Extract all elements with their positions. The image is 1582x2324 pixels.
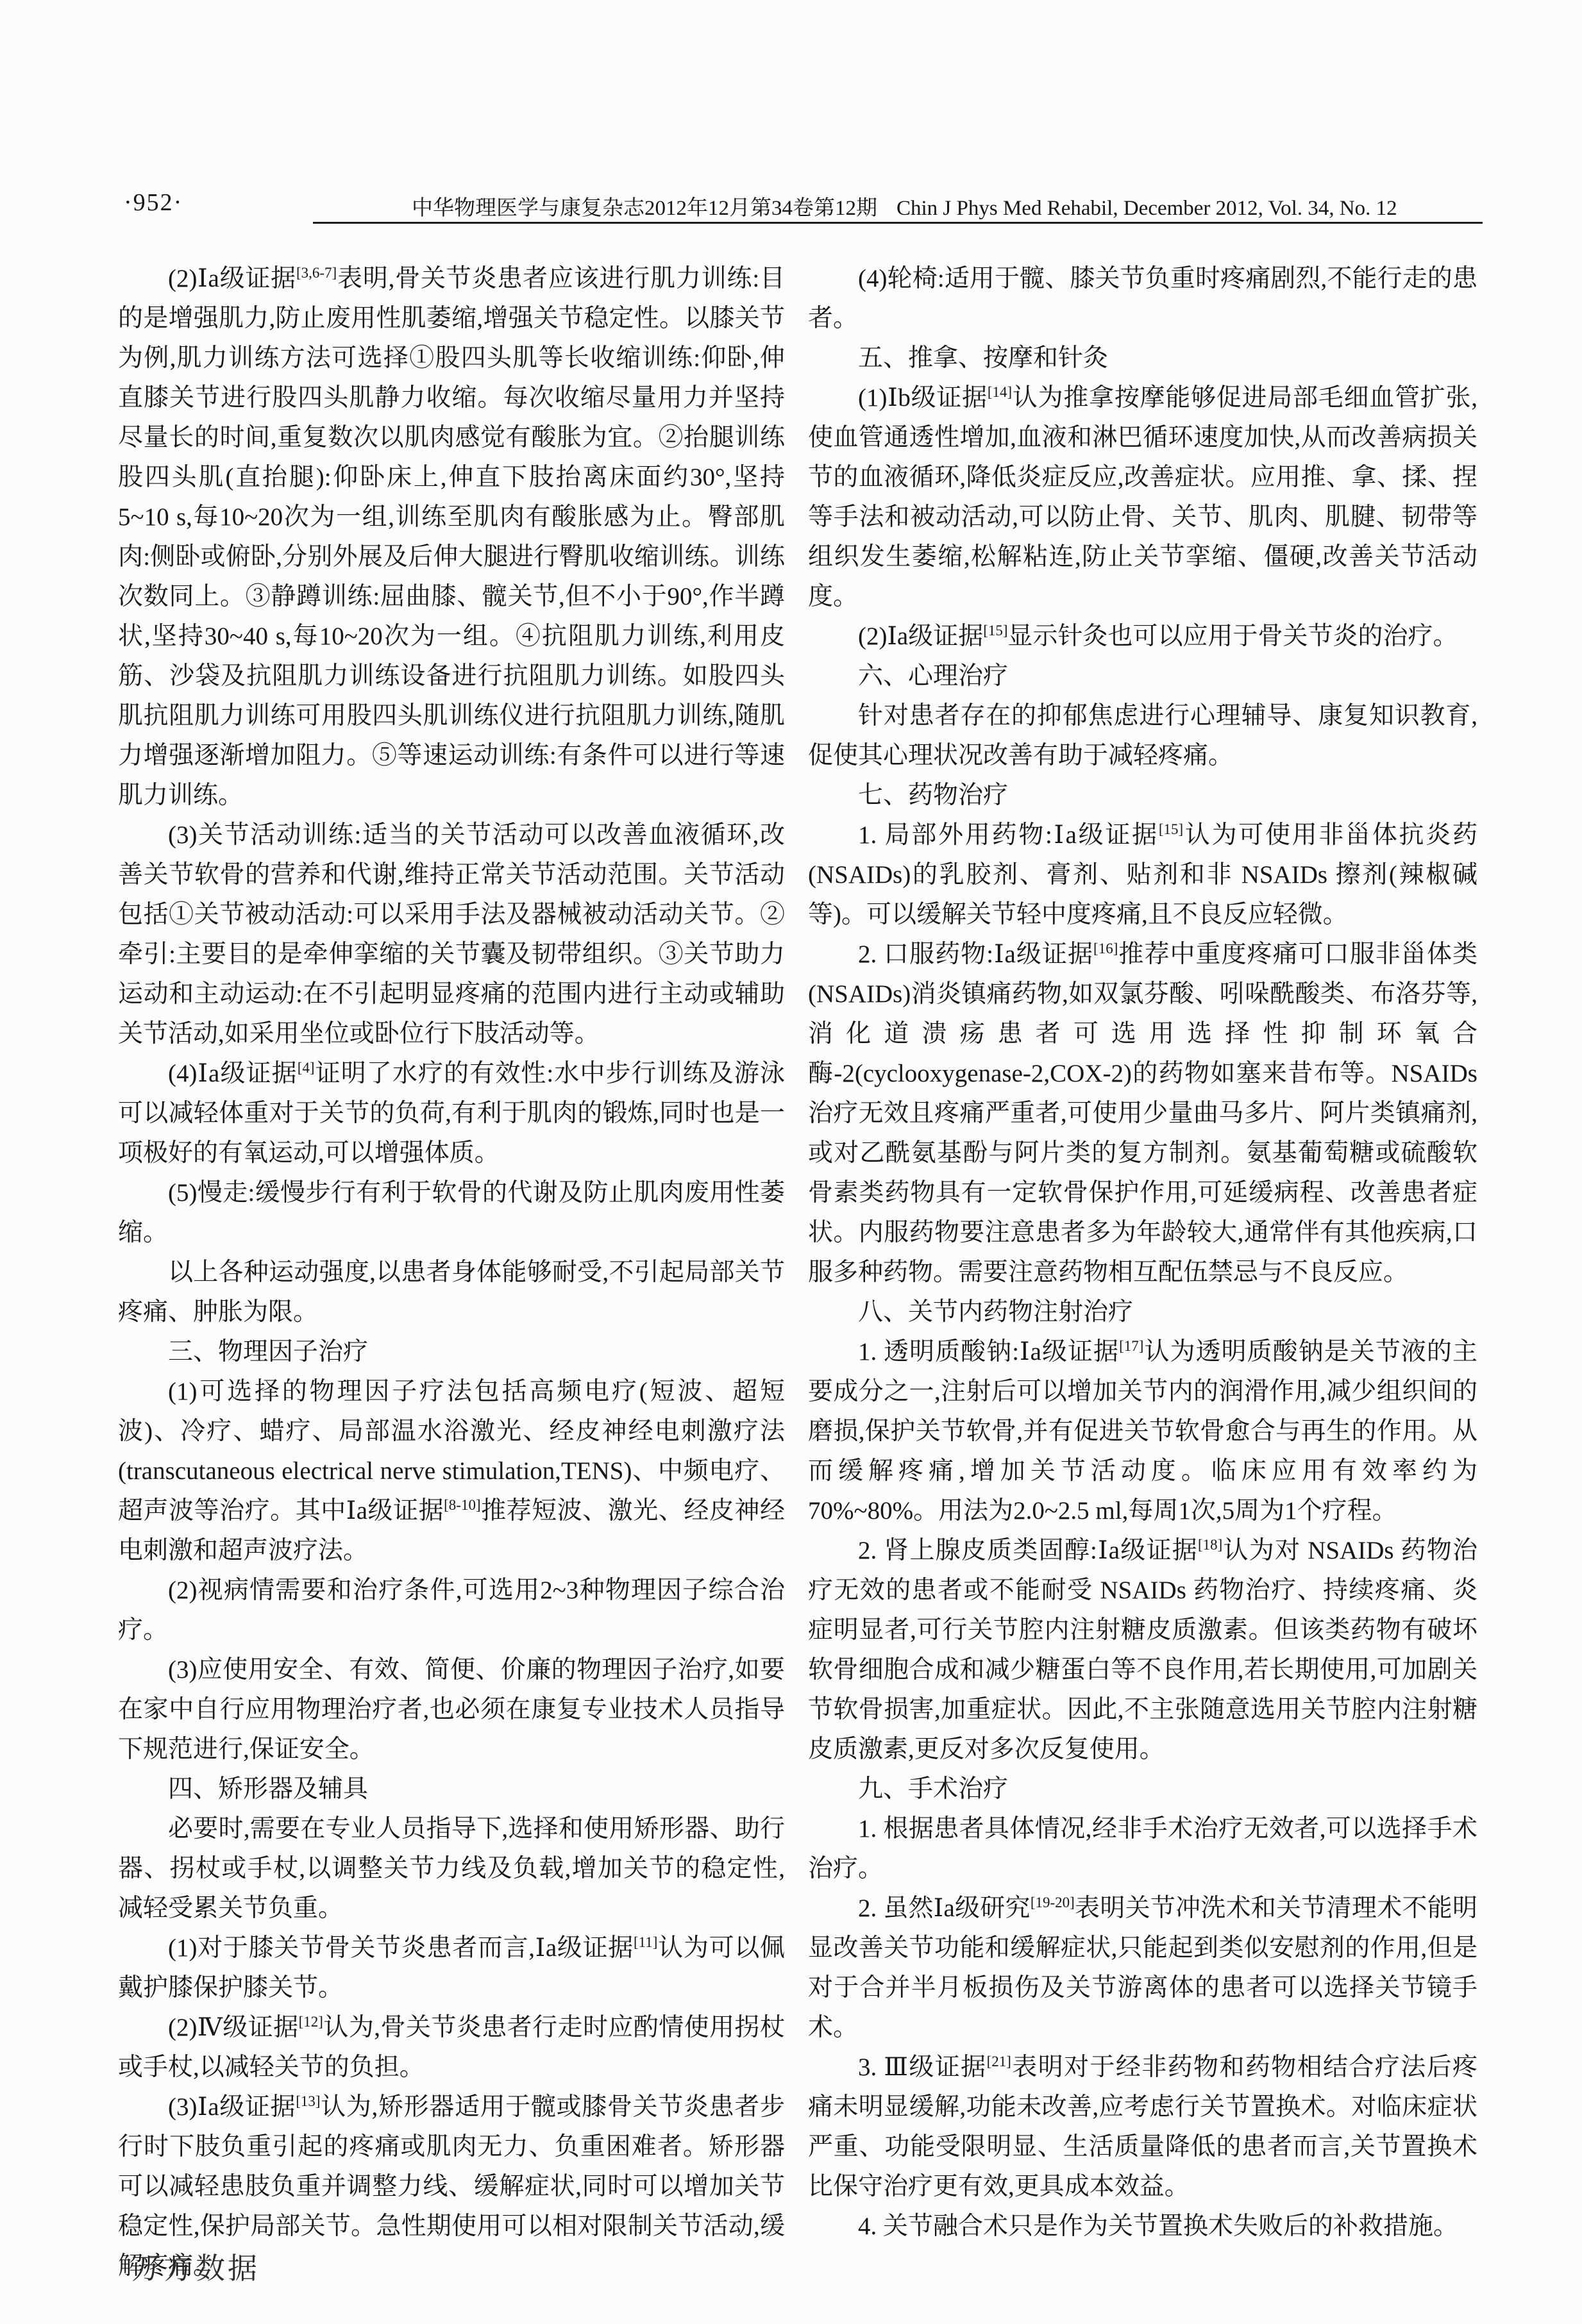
paragraph: (2)视病情需要和治疗条件,可选用2~3种物理因子综合治疗。 <box>118 1571 785 1650</box>
journal-title-line: 中华物理医学与康复杂志2012年12月第34卷第12期Chin J Phys M… <box>412 191 1397 221</box>
reference-superscript: [19-20] <box>1031 1894 1075 1910</box>
paragraph: (3)关节活动训练:适当的关节活动可以改善血液循环,改善关节软骨的营养和代谢,维… <box>118 815 785 1054</box>
section-heading: 七、药物治疗 <box>808 776 1477 815</box>
paragraph: 2. 虽然Ⅰa级研究[19-20]表明关节冲洗术和关节清理术不能明显改善关节功能… <box>808 1889 1477 2048</box>
section-heading: 五、推拿、按摩和针灸 <box>808 339 1477 378</box>
reference-superscript: [3,6-7] <box>296 265 337 281</box>
journal-page: ·952· 中华物理医学与康复杂志2012年12月第34卷第12期Chin J … <box>0 0 1582 2324</box>
reference-superscript: [8-10] <box>444 1497 480 1513</box>
paragraph: 2. 口服药物:Ⅰa级证据[16]推荐中重度疼痛可口服非甾体类(NSAIDs)消… <box>808 935 1477 1292</box>
reference-superscript: [17] <box>1119 1338 1143 1354</box>
section-heading: 六、心理治疗 <box>808 656 1477 696</box>
reference-superscript: [15] <box>1159 821 1183 837</box>
reference-superscript: [14] <box>988 384 1012 400</box>
paragraph: (2)Ⅰa级证据[3,6-7]表明,骨关节炎患者应该进行肌力训练:目的是增强肌力… <box>118 259 785 815</box>
paragraph: (5)慢走:缓慢步行有利于软骨的代谢及防止肌肉废用性萎缩。 <box>118 1173 785 1253</box>
reference-superscript: [13] <box>296 2093 320 2109</box>
reference-superscript: [16] <box>1093 940 1118 957</box>
page-header: ·952· 中华物理医学与康复杂志2012年12月第34卷第12期Chin J … <box>0 187 1582 226</box>
paragraph: 2. 肾上腺皮质类固醇:Ⅰa级证据[18]认为对 NSAIDs 药物治疗无效的患… <box>808 1531 1477 1769</box>
section-heading: 三、物理因子治疗 <box>118 1332 785 1372</box>
section-heading: 四、矫形器及辅具 <box>118 1769 785 1809</box>
right-text-column: (4)轮椅:适用于髋、膝关节负重时疼痛剧烈,不能行走的患者。五、推拿、按摩和针灸… <box>808 259 1477 2246</box>
reference-superscript: [11] <box>634 1934 657 1950</box>
paragraph: 1. 根据患者具体情况,经非手术治疗无效者,可以选择手术治疗。 <box>808 1809 1477 1889</box>
header-divider <box>313 222 1483 224</box>
paragraph: (1)对于膝关节骨关节炎患者而言,Ⅰa级证据[11]认为可以佩戴护膝保护膝关节。 <box>118 1928 785 2008</box>
reference-superscript: [15] <box>983 623 1007 639</box>
paragraph: (4)轮椅:适用于髋、膝关节负重时疼痛剧烈,不能行走的患者。 <box>808 259 1477 339</box>
paragraph: 以上各种运动强度,以患者身体能够耐受,不引起局部关节疼痛、肿胀为限。 <box>118 1253 785 1332</box>
reference-superscript: [18] <box>1198 1537 1222 1553</box>
paragraph: (1)可选择的物理因子疗法包括高频电疗(短波、超短波)、冷疗、蜡疗、局部温水浴激… <box>118 1372 785 1571</box>
section-heading: 九、手术治疗 <box>808 1769 1477 1809</box>
page-number: ·952· <box>124 188 183 217</box>
paragraph: (2)Ⅰa级证据[15]显示针灸也可以应用于骨关节炎的治疗。 <box>808 617 1477 656</box>
reference-superscript: [21] <box>987 2053 1011 2069</box>
paragraph: (4)Ⅰa级证据[4]证明了水疗的有效性:水中步行训练及游泳可以减轻体重对于关节… <box>118 1054 785 1173</box>
reference-superscript: [12] <box>299 2014 323 2030</box>
journal-title-en: Chin J Phys Med Rehabil, December 2012, … <box>896 197 1397 220</box>
paragraph: 4. 关节融合术只是作为关节置换术失败后的补救措施。 <box>808 2207 1477 2246</box>
paragraph: 1. 透明质酸钠:Ⅰa级证据[17]认为透明质酸钠是关节液的主要成分之一,注射后… <box>808 1332 1477 1531</box>
paragraph: (2)Ⅳ级证据[12]认为,骨关节炎患者行走时应酌情使用拐杖或手杖,以减轻关节的… <box>118 2008 785 2087</box>
paragraph: 必要时,需要在专业人员指导下,选择和使用矫形器、助行器、拐杖或手杖,以调整关节力… <box>118 1809 785 1928</box>
paragraph: 1. 局部外用药物:Ⅰa级证据[15]认为可使用非甾体抗炎药(NSAIDs)的乳… <box>808 815 1477 935</box>
paragraph: (1)Ⅰb级证据[14]认为推拿按摩能够促进局部毛细血管扩张,使血管通透性增加,… <box>808 378 1477 617</box>
wanfang-watermark: 万方数据 <box>131 2245 260 2287</box>
paragraph: (3)应使用安全、有效、简便、价廉的物理因子治疗,如要在家中自行应用物理治疗者,… <box>118 1650 785 1769</box>
left-text-column: (2)Ⅰa级证据[3,6-7]表明,骨关节炎患者应该进行肌力训练:目的是增强肌力… <box>118 259 785 2286</box>
paragraph: 针对患者存在的抑郁焦虑进行心理辅导、康复知识教育,促使其心理状况改善有助于减轻疼… <box>808 696 1477 776</box>
journal-title-cn: 中华物理医学与康复杂志2012年12月第34卷第12期 <box>412 197 877 220</box>
section-heading: 八、关节内药物注射治疗 <box>808 1292 1477 1332</box>
reference-superscript: [4] <box>298 1060 315 1076</box>
paragraph: 3. Ⅲ级证据[21]表明对于经非药物和药物相结合疗法后疼痛未明显缓解,功能未改… <box>808 2048 1477 2207</box>
